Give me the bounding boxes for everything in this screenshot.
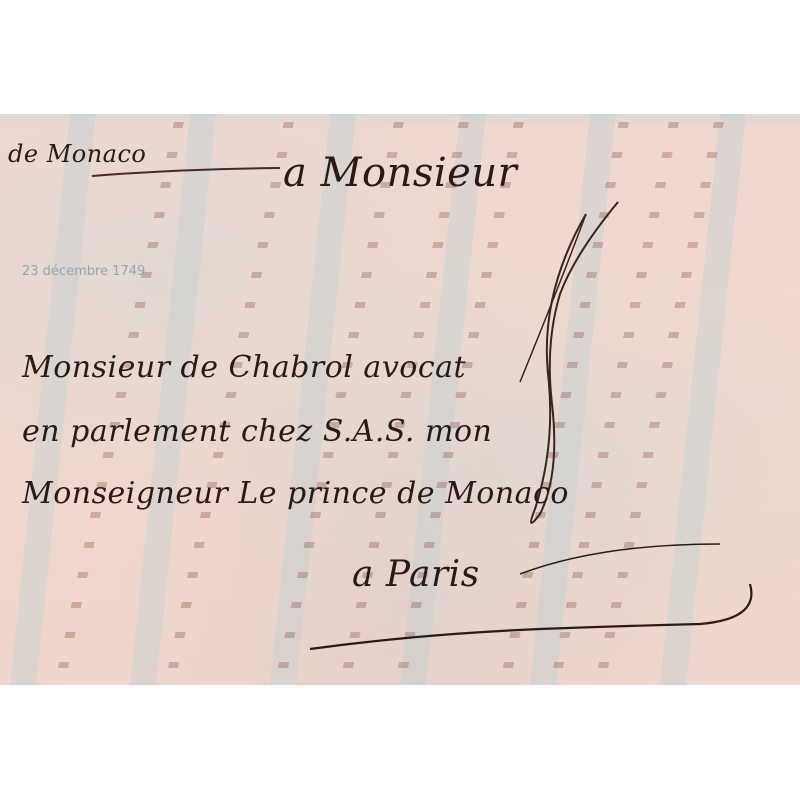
address-line-3: en parlement chez S.A.S. mon — [22, 414, 492, 449]
letter-cover: de Monaco 23 décembre 1749 a Monsieur 8 … — [0, 114, 800, 685]
origin-mark: de Monaco — [8, 140, 146, 168]
address-line-5: a Paris — [352, 554, 480, 595]
address-line-2: Monsieur de Chabrol avocat — [22, 350, 466, 385]
pencil-date-note: 23 décembre 1749 — [22, 264, 145, 279]
address-line-4: Monseigneur Le prince de Monaco — [22, 476, 569, 511]
address-line-1: a Monsieur — [283, 150, 517, 196]
ink-strokes — [0, 114, 800, 685]
